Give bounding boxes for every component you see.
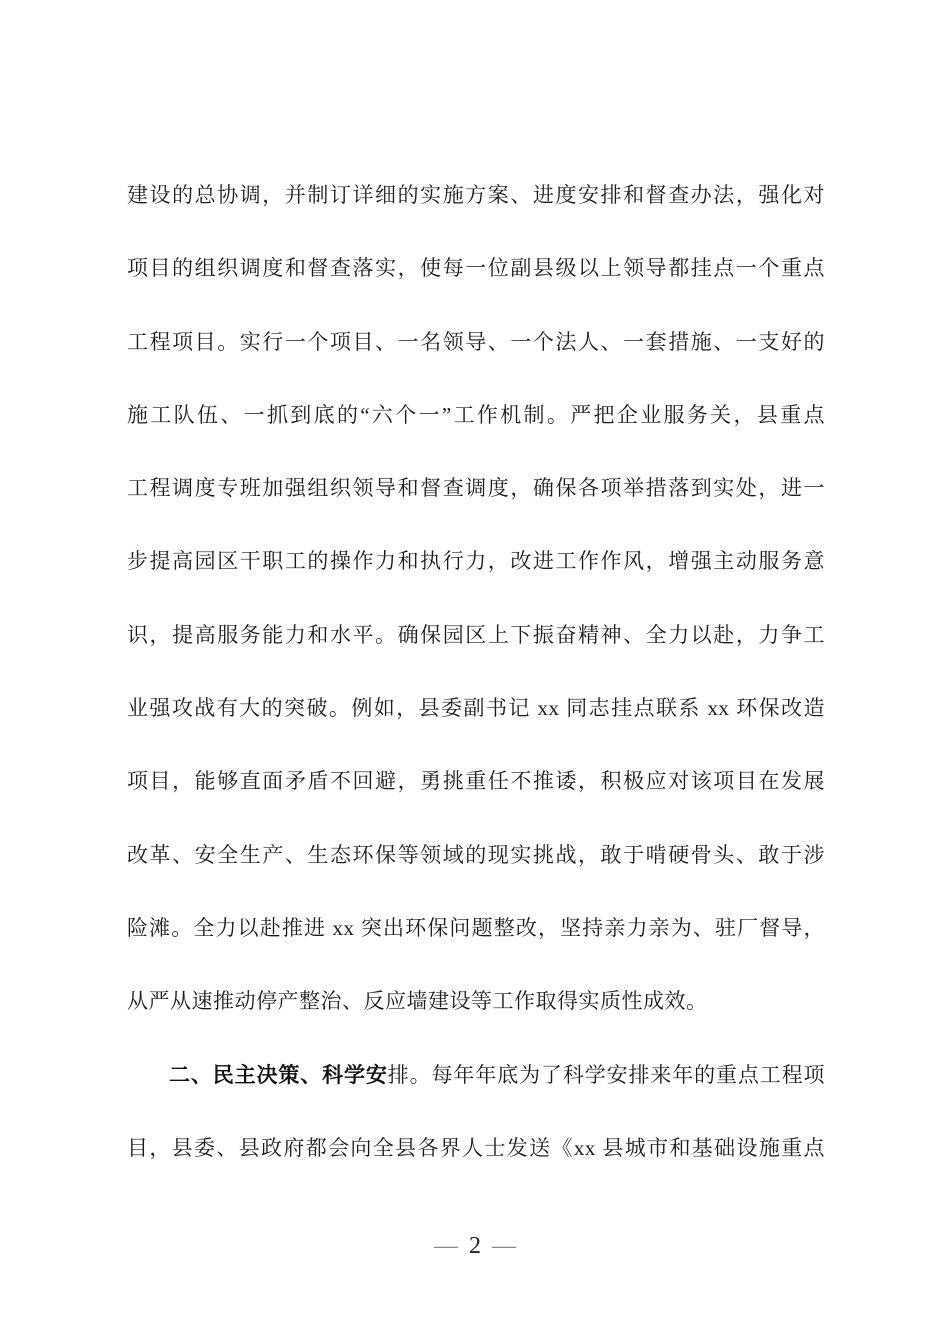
page-footer: —2—: [0, 1228, 950, 1264]
text-line: 目，县委、县政府都会向全县各界人士发送《xx 县城市和基础设施重点: [127, 1112, 825, 1185]
text-line: 险滩。全力以赴推进 xx 突出环保问题整改，坚持亲力亲为、驻厂督导，: [127, 892, 825, 965]
text-line: 工程项目。实行一个项目、一名领导、一个法人、一套措施、一支好的: [127, 306, 825, 379]
body-text: 建设的总协调，并制订详细的实施方案、进度安排和督查办法，强化对 项目的组织调度和…: [127, 159, 825, 1185]
text-line: 改革、安全生产、生态环保等领域的现实挑战，敢于啃硬骨头、敢于涉: [127, 819, 825, 892]
section-heading-bold: 二、民主决策、科学安: [169, 1064, 388, 1087]
document-page: 建设的总协调，并制订详细的实施方案、进度安排和督查办法，强化对 项目的组织调度和…: [0, 0, 950, 1344]
section-heading-rest: 排。每年年底为了科学安排来年的重点工程项: [388, 1063, 825, 1087]
text-line: 识，提高服务能力和水平。确保园区上下振奋精神、全力以赴，力争工: [127, 599, 825, 672]
page-number: 2: [469, 1233, 481, 1259]
text-line: 步提高园区干职工的操作力和执行力，改进工作作风，增强主动服务意: [127, 525, 825, 598]
page-number-dash-left: —: [423, 1233, 469, 1259]
page-number-dash-right: —: [481, 1233, 527, 1259]
text-line: 从严从速推动停产整治、反应墙建设等工作取得实质性成效。: [127, 965, 825, 1038]
text-line-section-heading: 二、民主决策、科学安排。每年年底为了科学安排来年的重点工程项: [127, 1039, 825, 1112]
text-line: 施工队伍、一抓到底的“六个一”工作机制。严把企业服务关，县重点: [127, 379, 825, 452]
text-line: 项目，能够直面矛盾不回避，勇挑重任不推诿，积极应对该项目在发展: [127, 745, 825, 818]
text-line: 业强攻战有大的突破。例如，县委副书记 xx 同志挂点联系 xx 环保改造: [127, 672, 825, 745]
text-line: 建设的总协调，并制订详细的实施方案、进度安排和督查办法，强化对: [127, 159, 825, 232]
text-line: 工程调度专班加强组织领导和督查调度，确保各项举措落到实处，进一: [127, 452, 825, 525]
text-line: 项目的组织调度和督查落实，使每一位副县级以上领导都挂点一个重点: [127, 232, 825, 305]
